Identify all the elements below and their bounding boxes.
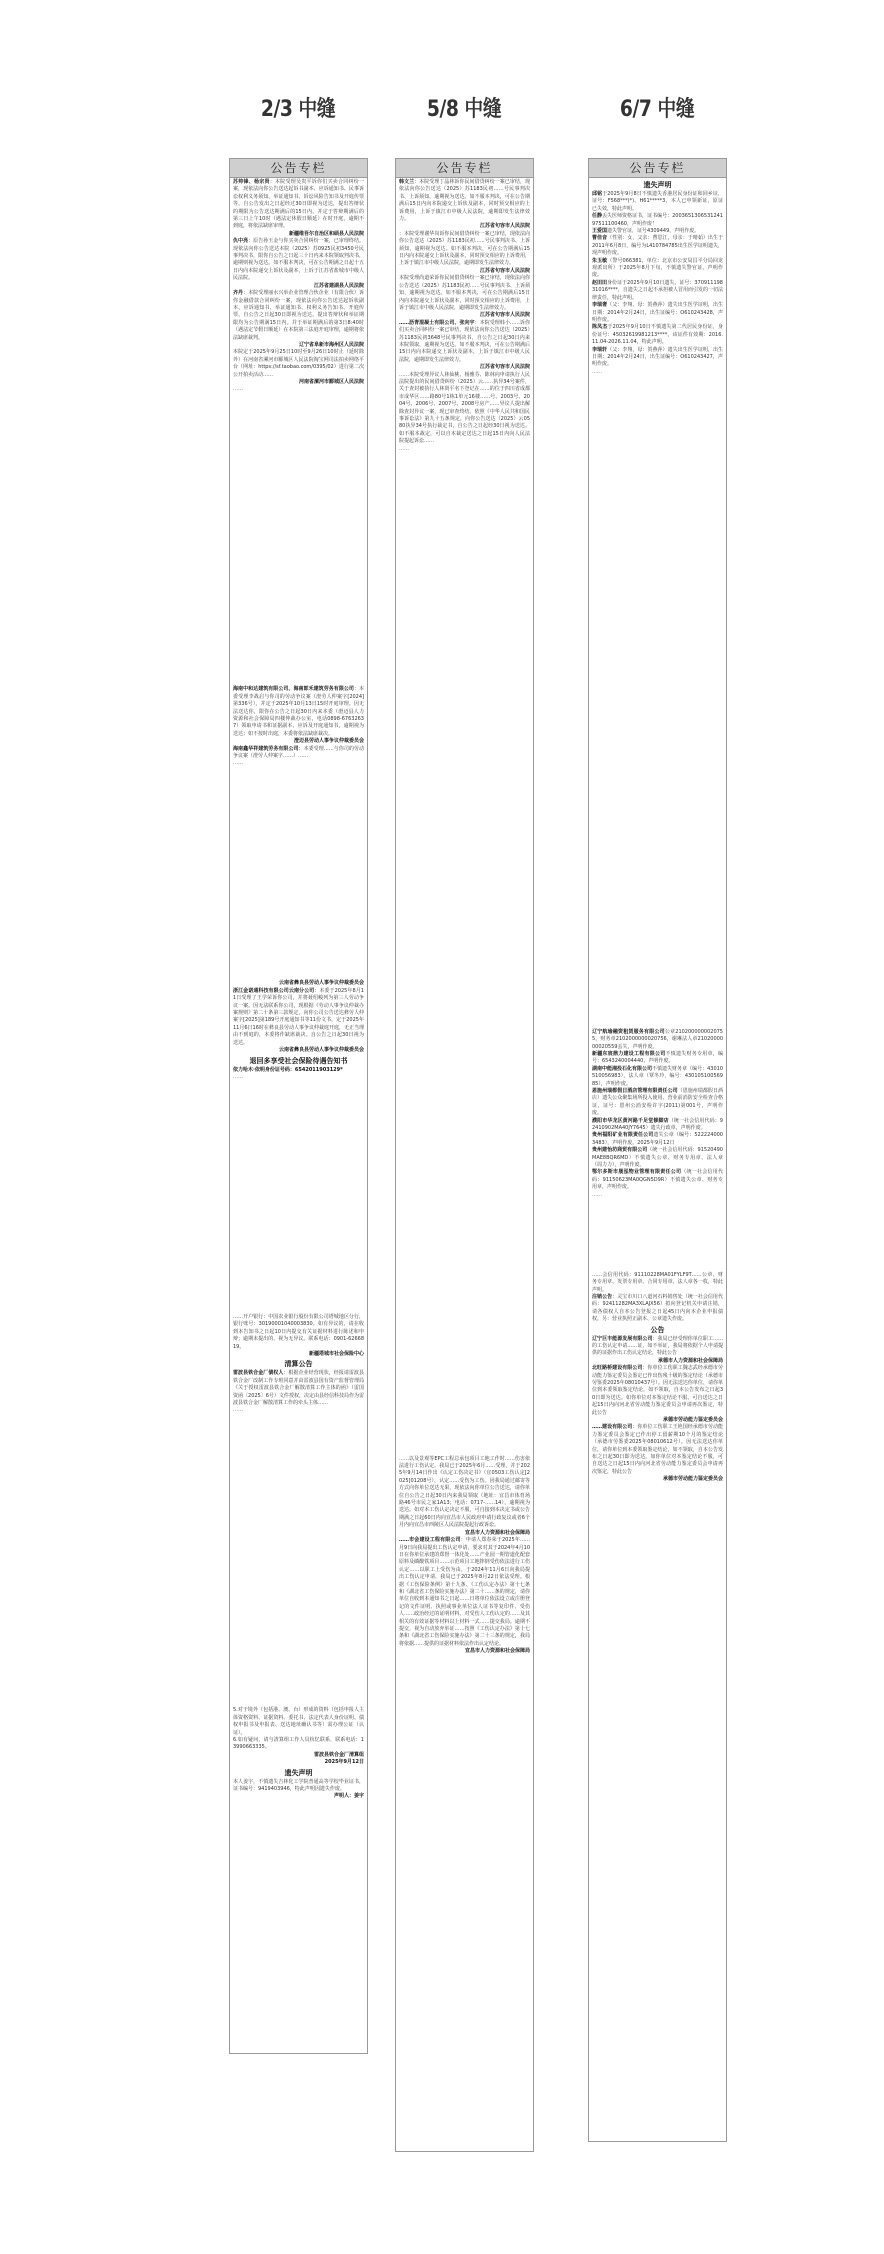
column-header: 公告专栏 [589, 159, 726, 178]
notice: ……本院受理异议人林仙桃、杨雅芬、陈林向申请执行人民法院提出的民间借贷纠纷（20… [399, 372, 530, 446]
column-header: 公告专栏 [230, 159, 367, 178]
list-item: 曹佳音（性别：女，父亲：曹思江，母亲：于晴茹）出生于2011年6月8日，编号为L… [592, 235, 723, 257]
column-title-2-3: 2/3 中缝 [239, 92, 358, 123]
notice-filler: …… [233, 386, 364, 686]
notice: 本院定于2025年9月25日10时至9月26日10时止（延时除外）在河南省漯河市… [233, 349, 364, 386]
notice: ……沥青混凝土有限公司、张向宇：本院受理韩小……诉你们买卖合同纠纷一案已审结，现… [399, 320, 530, 372]
section-title: 公告 [592, 1324, 723, 1336]
list-item: 朱玉敏（警号066381，单位：北京市公安局昌平分局回龙观派出所）于2025年8… [592, 258, 723, 280]
notice: ……市会建设工程有限公司：申请人郑春荣于2025年……月9日向我局提出工伤认定申… [399, 1537, 530, 1656]
notice: ：本院受理谢华岗诉你民间借贷纠纷一案已审结，现依法向你公告送达（2025）苏11… [399, 231, 530, 275]
notice: 仇中亮：原告孙玉金与你买卖合同纠纷一案，已审理终结。现依法向你公告送达本院（20… [233, 238, 364, 290]
list-item: 湖南中能湘投石化有限公司不慎遗失财务章（编号：4301051005​6983），… [592, 1066, 723, 1088]
list-item: 注销公告：灵宝市川口八道河石料销售处（统一社会信用代码：92411282MA3X… [592, 1294, 723, 1324]
notice: 云南省彝良县劳动人事争议仲裁委员会浙江金诺通科技有限公司云南分公司：本委于202… [233, 980, 364, 1054]
notice: 北旺路桥建设有限公司：你单位工伤职工魏志武经承德市劳动能力鉴定委员会鉴定已作出伤… [592, 1365, 723, 1424]
list-item: 李瑞轩（父：李翔，母：贺燕萍）遗失出生医学证明，出生日期：2014年2月24日，… [592, 347, 723, 369]
section-title: 退回多享受社会保险待遇告知书 [233, 1055, 364, 1067]
notice: 6.如有疑问，请与清算组工作人员杭忆联系，联系电话：13990663335。 [233, 1737, 364, 1752]
list-item: 陈凤杰于2025年9月10日不慎遗失第二代居民身份证，身份证号：45032619… [592, 324, 723, 346]
notice-filler: …… [233, 1407, 364, 1707]
notice-column-1: 公告专栏 苏帅锋、杨宗贤：本院受理吴贵平诉你们买卖合同纠纷一案，现依法向你公告送… [229, 158, 368, 2054]
notice: ……开户银行：中国农业银行股份有限公司塔城地区分行，银行账号：301900010… [233, 1314, 364, 1358]
notice-column-2: 公告专栏 韩文兰：本院受理丁晶林诉你民间借贷纠纷一案已审结，现依法向你公告送达（… [395, 158, 534, 2152]
column-body: 遗失声明 邱铭于2025年9月8日不慎遗失香港居民身份证和回乡证，证号：F568… [589, 178, 726, 1488]
list-item: 贵州建怡坊商贸有限公司（统一社会信用代码：91520490MAE8BQR6MD）… [592, 1147, 723, 1169]
list-item: 恩施州瑞都假日酒店管理有限责任公司（恩施州瑞都假日酒店）遗失公众聚集场所投入使用… [592, 1088, 723, 1118]
notice-filler: …… [592, 1192, 723, 1272]
notice: 雷波县铁合金厂债权人：根据企业经营现状，经报请雷波县铁合金厂改制工作专班同意并由… [233, 1370, 364, 1407]
list-item: 贵州福阳矿业有限责任公司遗失公章（编号：5222240003483），声明作废。… [592, 1132, 723, 1147]
list-item: 任静丢失医师资格证书，证书编号：200365130653124197511100… [592, 213, 723, 228]
notice: 韩文兰：本院受理丁晶林诉你民间借贷纠纷一案已审结，现依法向你公告送达（2025）… [399, 179, 530, 231]
notice-filler: …… [233, 760, 364, 980]
column-body: 韩文兰：本院受理丁晶林诉你民间借贷纠纷一案已审结，现依法向你公告送达（2025）… [396, 178, 533, 1660]
section-title: 遗失声明 [592, 179, 723, 191]
notice: 苏帅锋、杨宗贤：本院受理吴贵平诉你们买卖合同纠纷一案，现依法向你公告送达起诉书副… [233, 179, 364, 238]
list-item: ……会信用代码：91110228MA01FYLF9T……公章、财务专用章、发票专… [592, 1272, 723, 1294]
date: 2025年9月12日 [233, 1759, 364, 1766]
notice-filler: …… [233, 1074, 364, 1314]
notice: 齐丹：本院受理丽水兴举企业管理合伙企业（有限合伙）诉你金融借款合同纠纷一案，现依… [233, 290, 364, 349]
list-item: 邱铭于2025年9月8日不慎遗失香港居民身份证和回乡证，证号：F568***(*… [592, 191, 723, 213]
section-title: 遗失声明 [233, 1767, 364, 1779]
notice-filler: …… [592, 369, 723, 1029]
list-item: 濮阳市华龙区黄河路千足堂修脚店（统一社会信用代码：92410902MA40JY7… [592, 1118, 723, 1133]
list-item: 辽宁航瑜融资租赁服务有限公司公章2102000000020755，财务章2102… [592, 1029, 723, 1051]
notice: ……建设有限公司：你单位工伤职工王艳国经承德市劳动能力鉴定委员会鉴定已作出停工留… [592, 1424, 723, 1483]
list-item: 赵田田身份证于2025年9月10日遗失，证号：37091119831016***… [592, 280, 723, 302]
column-body: 苏帅锋、杨宗贤：本院受理吴贵平诉你们买卖合同纠纷一案，现依法向你公告送达起诉书副… [230, 178, 367, 1805]
notice: 依力哈木·依明身份证号码：6542011903129* [233, 1067, 364, 1074]
notice: 海南中和达建筑有限公司、海南郎禾建筑劳务有限公司：本委受理李战启与你司的劳动争议… [233, 686, 364, 745]
column-title-6-7: 6/7 中缝 [598, 92, 717, 123]
notice-filler: …… [399, 446, 530, 1456]
signature: 声明人：姜宇 [233, 1793, 364, 1800]
section-title: 清算公告 [233, 1358, 364, 1370]
list-item: 鄂尔多斯市晟泓物业管理有限责任公司（统一社会信用代码：91150623MA0QG… [592, 1169, 723, 1191]
column-title-5-8: 5/8 中缝 [405, 92, 524, 123]
notice-column-3: 公告专栏 遗失声明 邱铭于2025年9月8日不慎遗失香港居民身份证和回乡证，证号… [588, 158, 727, 2142]
list-item: 李瑞奢（父：李翔，母：贺燕萍）遗失出生医学证明，出生日期：2014年2月24日，… [592, 302, 723, 324]
column-header: 公告专栏 [396, 159, 533, 178]
notice: 海南鑫华祥建筑劳务有限公司：本委受理……与你司的劳动争议案（澄劳人仲案字……）…… [233, 746, 364, 761]
notice: 辽宁巨丰能源发展有限公司：我局已经受理你单位职工……的工伤认定申请……证，如不举… [592, 1336, 723, 1366]
notice: 本院受理尚道荣诉你民间借贷纠纷一案已审结，现依法向你公告送达（2025）苏118… [399, 275, 530, 319]
list-item: 新疆东宸鼎力建设工程有限公司不慎遗失财务专用章，编号：6543240004440… [592, 1051, 723, 1066]
notice: 5.对于境外（包括港、澳、台）形成的资料（包括申报人主体资格资料、证据资料、委托… [233, 1707, 364, 1737]
notice: 本人姜宇，不慎遗失吉林化工学院普通高等学校毕业证书，证书编号：941940394… [233, 1779, 364, 1794]
notice: ……以及景观等EPC工程总承包项目工地工作时……伤害依法进行工伤认定，我局已于2… [399, 1456, 530, 1537]
